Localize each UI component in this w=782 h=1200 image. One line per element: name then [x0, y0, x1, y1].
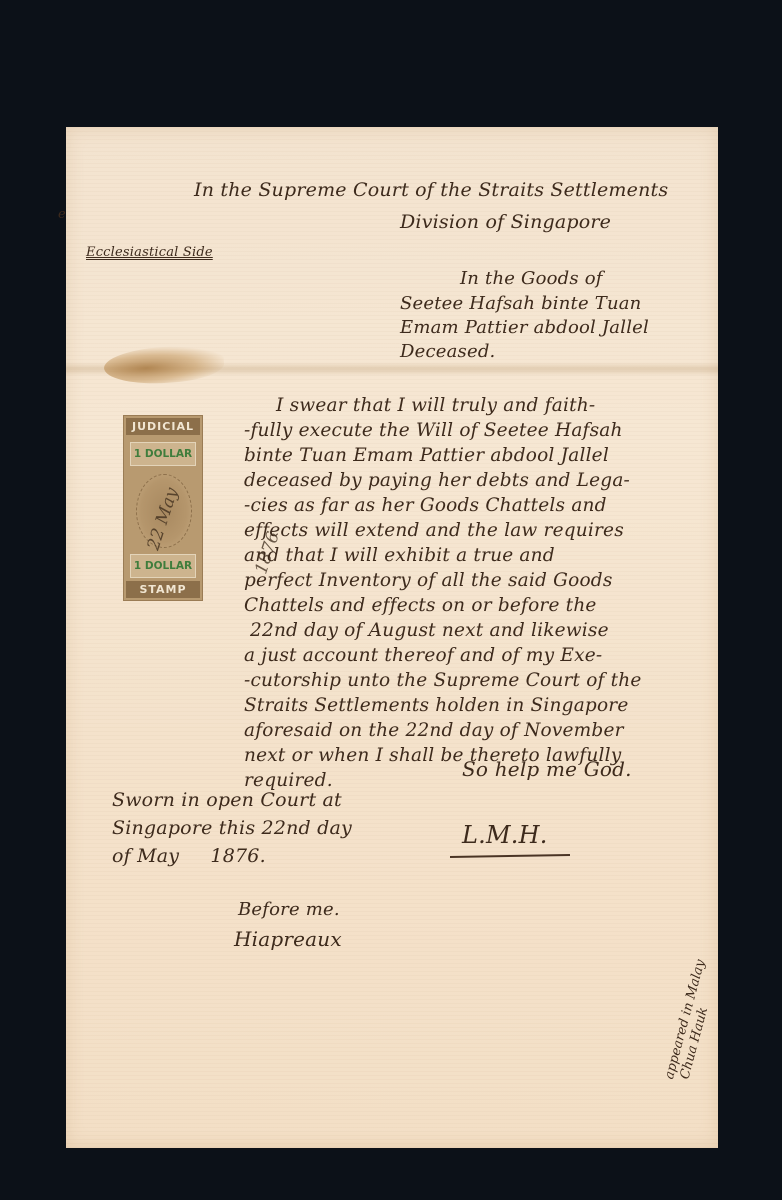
stamp-cancellation: 22 May 1876: [100, 469, 226, 570]
executor-signature: L.M.H.: [462, 821, 548, 849]
matter-line-3: Emam Pattier abdool Jallel: [400, 317, 649, 338]
stamp-top-label: JUDICIAL: [126, 418, 200, 435]
oath-line: Chattels and effects on or before the: [244, 595, 597, 616]
matter-line-4: Deceased.: [400, 341, 495, 362]
judicial-stamp: JUDICIAL 1 DOLLAR 1 DOLLAR STAMP 22 May …: [123, 415, 203, 601]
oath-line: -cutorship unto the Supreme Court of the: [244, 670, 642, 691]
oath-line: aforesaid on the 22nd day of November: [244, 720, 624, 741]
matter-line-2: Seetee Hafsah binte Tuan: [400, 293, 641, 314]
oath-line: -fully execute the Will of Seetee Hafsah: [244, 420, 623, 441]
oath-line: and that I will exhibit a true and: [244, 545, 555, 566]
oath-line: -cies as far as her Goods Chattels and: [244, 495, 607, 516]
court-heading-line1: In the Supreme Court of the Straits Sett…: [194, 179, 668, 201]
oath-line: perfect Inventory of all the said Goods: [244, 570, 613, 591]
before-me-label: Before me.: [238, 899, 340, 920]
oath-line: 22nd day of August next and likewise: [250, 620, 609, 641]
oath-line: binte Tuan Emam Pattier abdool Jallel: [244, 445, 609, 466]
oath-line: Straits Settlements holden in Singapore: [244, 695, 629, 716]
document-page: e In the Supreme Court of the Straits Se…: [66, 127, 718, 1148]
court-heading-line2: Division of Singapore: [400, 211, 611, 233]
side-note-ecclesiastical: Ecclesiastical Side: [86, 245, 213, 260]
paper-stain: [103, 343, 225, 387]
stamp-value-top: 1 DOLLAR: [130, 442, 196, 466]
oath-line: required.: [244, 770, 333, 791]
stamp-bottom-label: STAMP: [126, 581, 200, 598]
sworn-line-1: Sworn in open Court at: [112, 789, 342, 811]
signature-underline: [450, 854, 570, 858]
closing-so-help-me-god: So help me God.: [462, 757, 632, 781]
oath-line: effects will extend and the law requires: [244, 520, 624, 541]
oath-line: I swear that I will truly and faith-: [276, 395, 595, 416]
margin-interpreter-note: appeared in Malay Chua Hauk: [662, 958, 723, 1085]
sworn-line-2: Singapore this 22nd day: [112, 817, 352, 839]
sworn-line-3: of May 1876.: [112, 845, 266, 867]
edge-fragment: e: [58, 207, 66, 222]
matter-line-1: In the Goods of: [460, 268, 603, 289]
oath-line: deceased by paying her debts and Lega-: [244, 470, 630, 491]
judge-signature: Hiapreaux: [234, 927, 342, 951]
oath-line: a just account thereof and of my Exe-: [244, 645, 602, 666]
